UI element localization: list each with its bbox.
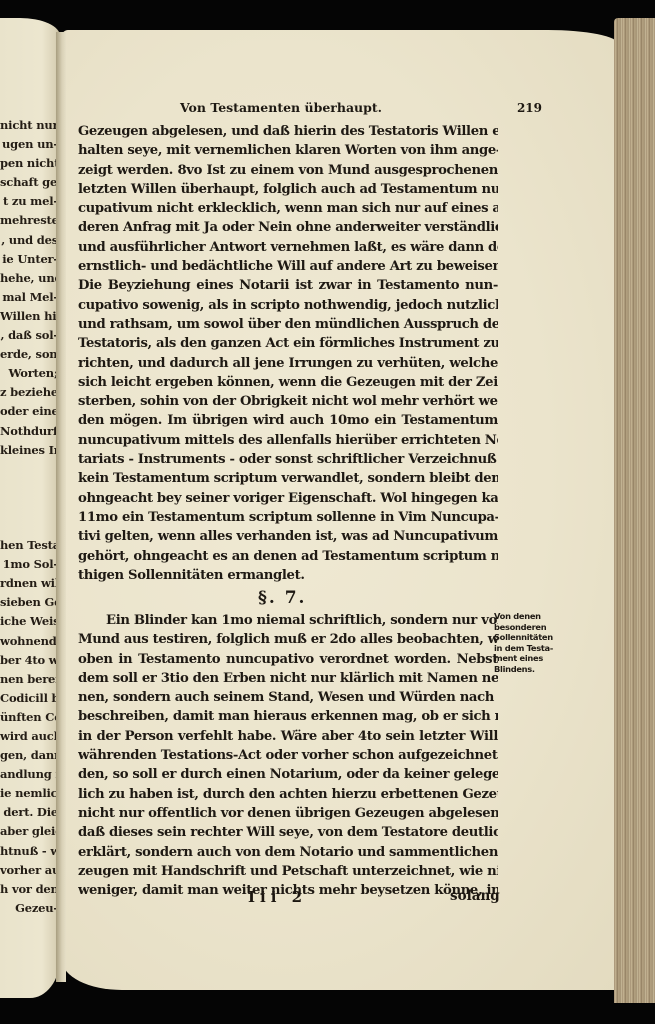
left-line: ie nemliche	[0, 784, 58, 803]
text-line: Ein Blinder kan 1mo niemal schriftlich, …	[78, 611, 498, 630]
left-line: aber gleich	[0, 822, 58, 841]
text-line: Die Beyziehung eines Notarii ist zwar in…	[78, 276, 498, 295]
left-line: mehreste	[0, 211, 58, 230]
text-line: zeugen mit Handschrift und Petschaft unt…	[78, 862, 498, 881]
left-line: h vor denen	[0, 880, 58, 899]
text-line: thigen Sollennitäten ermanglet.	[78, 566, 498, 585]
left-line: ünften Co-	[0, 708, 58, 727]
left-line: andlung in	[0, 765, 58, 784]
text-line: lich zu haben ist, durch den achten hier…	[78, 785, 498, 804]
left-line: Nothdurft	[0, 422, 58, 441]
text-line: tivi gelten, wenn alles verhanden ist, w…	[78, 527, 498, 546]
left-line-blank	[0, 498, 58, 517]
left-line: vorher auf	[0, 861, 58, 880]
page-edges-stack	[614, 18, 655, 1003]
left-line: Gezeu-	[0, 899, 58, 918]
left-line: Codicill be-	[0, 689, 58, 708]
left-line-blank	[0, 517, 58, 536]
text-line: den, so soll er durch einen Notarium, od…	[78, 765, 498, 784]
text-line: nen, sondern auch seinem Stand, Wesen un…	[78, 688, 498, 707]
left-line: hehe, und	[0, 269, 58, 288]
text-line: halten seye, mit vernemlichen klaren Wor…	[78, 141, 498, 160]
left-line: gen, dann	[0, 746, 58, 765]
text-line: deren Anfrag mit Ja oder Nein ohne ander…	[78, 218, 498, 237]
text-line: cupativum nicht erklecklich, wenn man si…	[78, 199, 498, 218]
left-line: , daß sol-	[0, 326, 58, 345]
left-page-text: nicht nur ugen un- pen nicht schaft ge- …	[0, 116, 58, 918]
section-7-body: Ein Blinder kan 1mo niemal schriftlich, …	[78, 611, 498, 900]
text-line: kein Testamentum scriptum verwandlet, so…	[78, 469, 498, 488]
text-line: nuncupativum mittels des allenfalls hier…	[78, 431, 498, 450]
left-line: rdnen will,	[0, 574, 58, 593]
section-6-continuation: Gezeugen abgelesen, und daß hierin des T…	[78, 122, 498, 585]
text-line: erklärt, sondern auch von dem Notario un…	[78, 843, 498, 862]
text-line: ernstlich- und bedächtliche Will auf and…	[78, 257, 498, 276]
marginal-note-line: Blindens.	[494, 664, 556, 675]
running-head: Von Testamenten überhaupt. 219	[180, 100, 550, 120]
left-line: nen bereits	[0, 670, 58, 689]
text-line: oben in Testamento nuncupativo verordnet…	[78, 650, 498, 669]
running-title: Von Testamenten überhaupt.	[180, 100, 382, 115]
text-line: daß dieses sein rechter Will seye, von d…	[78, 823, 498, 842]
text-line: richten, und dadurch all jene Irrungen z…	[78, 354, 498, 373]
left-line-blank	[0, 479, 58, 498]
left-line: dert. Die	[0, 803, 58, 822]
text-line: sterben, sohin von der Obrigkeit nicht w…	[78, 392, 498, 411]
left-line: sieben Ge-	[0, 593, 58, 612]
text-line: Testatoris, als den ganzen Act ein förml…	[78, 334, 498, 353]
left-line: Willen hie-	[0, 307, 58, 326]
left-line: Worten;	[0, 364, 58, 383]
book-scan: nicht nur ugen un- pen nicht schaft ge- …	[0, 0, 655, 1024]
page-number: 219	[517, 101, 542, 115]
signature-mark: Iii 2	[248, 888, 307, 906]
left-line: oder einen	[0, 402, 58, 421]
left-line: pen nicht	[0, 154, 58, 173]
left-line-blank	[0, 460, 58, 479]
left-line: wird auch	[0, 727, 58, 746]
left-line: , und des	[0, 231, 58, 250]
text-line: währenden Testations-Act oder vorher sch…	[78, 746, 498, 765]
catchword: solang	[450, 888, 500, 904]
text-line: den mögen. Im übrigen wird auch 10mo ein…	[78, 411, 498, 430]
left-line: erde, son-	[0, 345, 58, 364]
left-line: t zu mel-	[0, 192, 58, 211]
marginal-note-line: Sollennitäten	[494, 632, 556, 643]
left-line: z beziehen,	[0, 383, 58, 402]
text-line: 11mo ein Testamentum scriptum sollenne i…	[78, 508, 498, 527]
left-line: hen Testa-	[0, 536, 58, 555]
left-page-fragment: nicht nur ugen un- pen nicht schaft ge- …	[0, 18, 60, 998]
section-heading: §. 7.	[258, 588, 306, 608]
left-line: ber 4to wo-	[0, 651, 58, 670]
left-line: nicht nur	[0, 116, 58, 135]
text-line: tariats - Instruments - oder sonst schri…	[78, 450, 498, 469]
text-line: ohngeacht bey seiner voriger Eigenschaft…	[78, 489, 498, 508]
text-line: dem soll er 3tio den Erben nicht nur klä…	[78, 669, 498, 688]
left-line: ie Unter-	[0, 250, 58, 269]
text-line: gehört, ohngeacht es an denen ad Testame…	[78, 547, 498, 566]
text-line: letzten Willen überhaupt, folglich auch …	[78, 180, 498, 199]
book-gutter	[56, 32, 66, 982]
text-line: in der Person verfehlt habe. Wäre aber 4…	[78, 727, 498, 746]
text-line: cupativo sowenig, als in scripto nothwen…	[78, 296, 498, 315]
left-line: htnuß - wo	[0, 842, 58, 861]
left-line: schaft ge-	[0, 173, 58, 192]
text-line: Gezeugen abgelesen, und daß hierin des T…	[78, 122, 498, 141]
text-line: Mund aus testiren, folglich muß er 2do a…	[78, 630, 498, 649]
marginal-note-line: in dem Testa-	[494, 643, 556, 654]
text-line: und rathsam, um sowol über den mündliche…	[78, 315, 498, 334]
marginal-note: Von denen besonderen Sollennitäten in de…	[494, 611, 556, 675]
left-line: wohnender	[0, 632, 58, 651]
left-line: mal Mel-	[0, 288, 58, 307]
left-line: ugen un-	[0, 135, 58, 154]
marginal-note-line: ment eines	[494, 653, 556, 664]
text-line: beschreiben, damit man hieraus erkennen …	[78, 707, 498, 726]
text-line: nicht nur offentlich vor denen übrigen G…	[78, 804, 498, 823]
marginal-note-line: besonderen	[494, 622, 556, 633]
left-line: kleines In-	[0, 441, 58, 460]
marginal-note-line: Von denen	[494, 611, 556, 622]
text-line: sich leicht ergeben können, wenn die Gez…	[78, 373, 498, 392]
left-line: iche Weis	[0, 612, 58, 631]
left-line: 1mo Sol-	[0, 555, 58, 574]
text-line: zeigt werden. 8vo Ist zu einem von Mund …	[78, 161, 498, 180]
text-line: und ausführlicher Antwort vernehmen laßt…	[78, 238, 498, 257]
